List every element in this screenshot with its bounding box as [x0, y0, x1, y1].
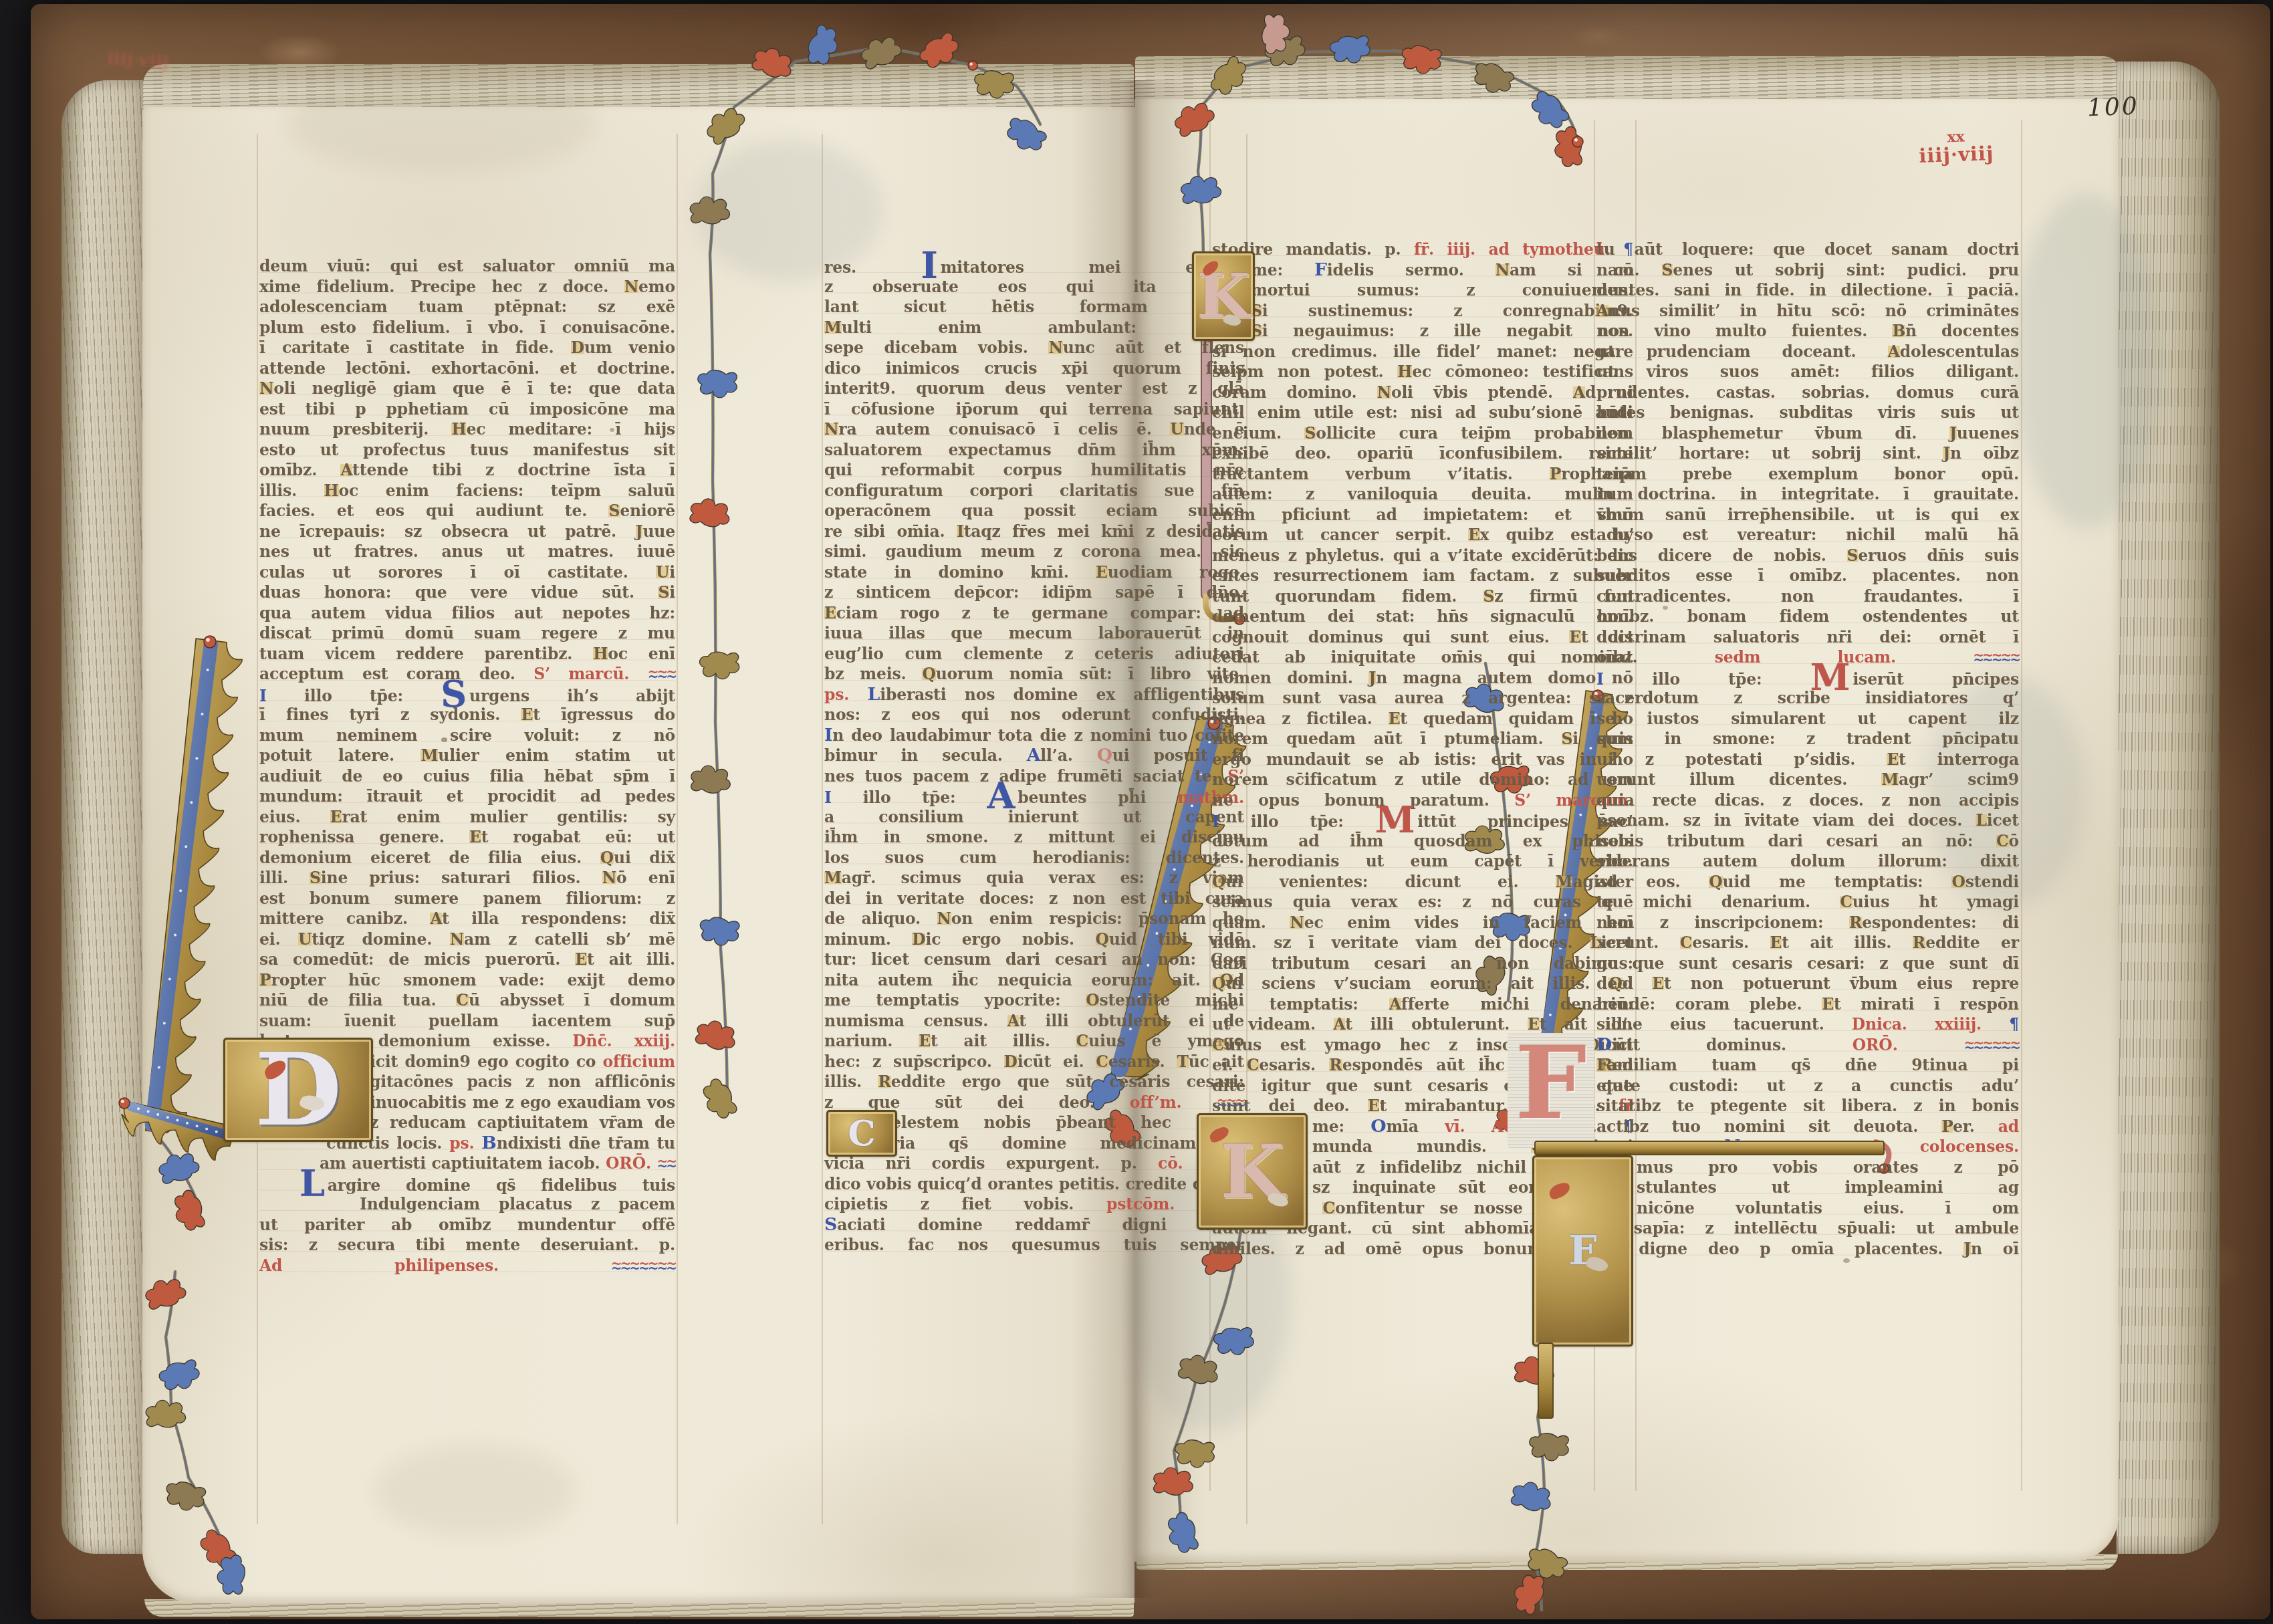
manuscript-text-line: p̄sonam. sz in īvitate viam dei doces. L… — [1596, 810, 2019, 831]
manuscript-text-line: ni sapīa: z intellēctu sp̄uali: ut ambul… — [1596, 1218, 2019, 1239]
manuscript-text-line: cedat ab iniquitate om̄is qui nominat — [1212, 647, 1633, 668]
manuscript-text-line: mittere canibz. At illa respondens: dix̄ — [259, 909, 675, 929]
manuscript-text-line: simi. gaudium meum z corona mea. sic — [824, 542, 1244, 562]
manuscript-text-line: est tibi p pphetiam cū imposicōne ma — [259, 399, 675, 420]
manuscript-text-line: etate custodi: ut z a cunctis adu’ — [1596, 1076, 2019, 1096]
manuscript-text-line: facies. et eos qui audiunt te. Seniorē — [259, 501, 675, 521]
manuscript-text-line: culas ut sorores ī oī castitate. Ui — [259, 562, 675, 583]
manuscript-text-line: Qui venientes: dicunt ei. Magister — [1212, 872, 1633, 893]
manuscript-text-line: me temptatis: Afferte michi denariū: — [1212, 994, 1633, 1015]
manuscript-text-line: ī caritate ī castitate in fide. Dum veni… — [259, 338, 675, 358]
manuscript-text-line: res. Imitatores mei estote: — [824, 256, 1244, 277]
quire-signature: xx iiij·viij — [1918, 127, 1994, 164]
manuscript-text-line: deo. Et non potuerunt v̄bum eius repre — [1596, 973, 2019, 994]
manuscript-text-line: omībz. Attende tibi z doctrine īsta ī — [259, 460, 675, 481]
manuscript-text-line: teip̄m prebe exemplum bonor opū. — [1596, 464, 2019, 485]
manuscript-text-line: contradicentes. non fraudantes. ī — [1596, 586, 2019, 607]
manuscript-text-line: nes tuos pacem z adipe frumēti saciat te… — [824, 766, 1244, 787]
manuscript-text-line: nos: z eos qui nos oderunt confudisti. — [824, 705, 1244, 725]
manuscript-text-line: stodire mandatis. p. fr̄. iiij. ad tymot… — [1212, 239, 1633, 260]
manuscript-text-line: a consilium inierunt ut capent — [824, 807, 1244, 828]
initial-letter: F — [1516, 1033, 1587, 1133]
manuscript-text-line: illi. Sine prius: saturari filios. Nō en… — [259, 868, 675, 889]
manuscript-text-line: siderans autem dolum illorum: dixit — [1596, 851, 2019, 872]
manuscript-text-line: num. sz ī veritate viam dei doces. Licet — [1212, 933, 1633, 953]
initial-F-descender — [1538, 1343, 1554, 1419]
manuscript-text-line: v̄bum sanū irrep̄hensibile. ut is qui ex — [1596, 505, 2019, 526]
manuscript-text-line: Noli negligē giam que ē ī te: que data — [259, 378, 675, 399]
manuscript-text-line: dentes. sani in fide. in dilectione. ī p… — [1596, 280, 2019, 301]
manuscript-text-line: Propter hūc smonem vade: exijt demo — [259, 970, 675, 991]
manuscript-text-line: adu’so est vereatur: nichil malū hā — [1596, 525, 2019, 546]
manuscript-text-line: tunt quorundam fidem. Sz firmū fun — [1212, 586, 1633, 607]
manuscript-text-line: state in domino km̄i. Euodiam rogo. — [824, 562, 1244, 583]
manuscript-text-line: qui reformabit corpus humilitatis nr̄e — [824, 460, 1244, 481]
manuscript-text-line: bz meis. Quorum nomīa sūt: ī libro vite. — [824, 664, 1244, 685]
manuscript-text-line: seip̄m non potest. Hec cōmoneo: testific… — [1212, 362, 1633, 382]
manuscript-text-line: illis. Reddite ergo que sūt cesaris cesa… — [824, 1072, 1244, 1092]
manuscript-text-line: sacerdotum z scribe insidiatores q’ — [1596, 688, 2019, 709]
manuscript-text-line: ih̄m in smone. z mittunt ei discipu — [824, 827, 1244, 848]
manuscript-text-line: tur: licet censum dari cesari an non: Co… — [824, 949, 1244, 970]
manuscript-text-line: lignea z fictilea. Et quedam quidam ī ho — [1212, 709, 1633, 729]
manuscript-text-line: dari tributum cesari an non dabimus: — [1212, 953, 1633, 974]
manuscript-text-line: encium. Sollicite cura teip̄m probabilem — [1212, 423, 1633, 444]
manuscript-text-line: nem z inscripcionem: Respondentes: di — [1596, 913, 2019, 933]
manuscript-text-line: illis. Hoc enim faciens: teīpm saluū — [259, 481, 675, 501]
manuscript-text-line: eug’lio cum clemente z ceteris adiutori — [824, 644, 1244, 665]
manuscript-text-line: nomen domini. Jn magna autem domo nō — [1212, 668, 1633, 689]
manuscript-text-line: dotum ad ih̄m quosdam ex phiseis — [1212, 831, 1633, 852]
manuscript-text-line: bimur in secula. All’a. Qui posuit fi — [824, 745, 1244, 766]
manuscript-text-line: norem quedam aūt ī ptumeliam. Si quis — [1212, 729, 1633, 749]
manuscript-text-line: oībz. sedm lucam. ~~~~~ — [1596, 647, 2019, 668]
manuscript-text-line: minum. Dic ergo nobis. Quid tibi vidē — [824, 929, 1244, 950]
manuscript-text-line: xerunt. Cesaris. Et ait illis. Reddite e… — [1596, 933, 2019, 953]
manuscript-text-line: Si negauimus: z ille negabit nos. — [1212, 321, 1633, 342]
manuscript-text-line: hec: z sup̄scripco. Dicūt ei. Cesaris. T… — [824, 1052, 1244, 1072]
manuscript-text-line: lant sicut hētis formam nr̄am. — [824, 297, 1244, 318]
manuscript-text-line: operacōnem qua possit eciam subicē — [824, 501, 1244, 521]
page-stack-edge-top-left — [143, 64, 1134, 112]
manuscript-text-line: iuua illas que mecum laborauerūt in — [824, 623, 1244, 644]
page-stack-edge-top-right — [1135, 56, 2121, 103]
manuscript-text-line: deum viuū: qui est saluator omniū ma — [259, 256, 675, 277]
manuscript-text-line: bens dicere de nobis. Seruos dn̄is suis — [1596, 546, 2019, 566]
page-stack-edge-left — [62, 80, 146, 1554]
illuminated-initial-F-rose: F — [1508, 1033, 1594, 1148]
manuscript-text-line: nuum presbiterij. Hec meditare: ī hijs — [259, 419, 675, 440]
manuscript-text-line: entes resurrectionem iam factam. z subue… — [1212, 566, 1633, 586]
manuscript-text-line: Qui sciens v’suciam eorum: ait illis. Qd — [1212, 973, 1633, 994]
illuminated-initial-D: D — [223, 1038, 373, 1142]
manuscript-text-line: hn̄tes benignas. subditas viris suis ut — [1596, 402, 2019, 423]
manuscript-text-line: se iustos simularent ut capent ilz — [1596, 709, 2019, 729]
illuminated-initial-K: K — [1192, 251, 1255, 341]
manuscript-text-line: me: Fidelis sermo. Nam si cō — [1212, 260, 1633, 281]
manuscript-text-line: interit9. quorum deus venter est z glā — [824, 378, 1244, 399]
ruling-line — [257, 134, 258, 1524]
manuscript-text-line: quam. Nec enim vides in faciem hoī — [1212, 913, 1633, 933]
manuscript-text-line: go que sunt cesaris cesari: z que sunt d… — [1596, 953, 2019, 974]
manuscript-text-line: numisma census. At illi obtulerūt ei de — [824, 1011, 1244, 1032]
manuscript-text-line: xime fidelium. Precipe hec z doce. Nemo — [259, 277, 675, 298]
manuscript-text-line: dico inimicos crucis xp̄i quorum finis — [824, 358, 1244, 379]
manuscript-text-line: ut viros suos amēt: filios diligant. — [1596, 362, 2019, 382]
text-column-right-2: tu aūt loquere: que docet sanam doctrina… — [1596, 239, 2019, 1259]
manuscript-text-line: z sinticem dep̄cor: idip̄m sapē ī dn̄o. — [824, 582, 1244, 603]
manuscript-text-line: me temptatis ypocrite: Ostendite michi — [824, 990, 1244, 1011]
manuscript-text-line: cipietis z fiet vobis. pstcōm. ~~~~ — [824, 1194, 1244, 1215]
manuscript-text-line: sione eius tacuerunt. Dnica. xxiiij. ¶ — [1596, 1014, 2019, 1035]
manuscript-text-line: mortui sumus: z conuiuemus. — [1212, 280, 1633, 301]
manuscript-text-line: sitatibz te ptegente sit libera. z in bo… — [1596, 1096, 2019, 1117]
manuscript-text-line: ui z potestati p’sidis. Et interroga — [1596, 749, 2019, 770]
manuscript-text-line: z herodianis ut eum capēt ī verbo. — [1212, 851, 1633, 872]
manuscript-text-line: esto ut profectus tuus manifestus sit — [259, 440, 675, 461]
manuscript-text-line: Familiam tuam qs̄ dn̄e 9tinua pi — [1596, 1055, 2019, 1076]
manuscript-text-line: prudentes. castas. sobrias. domus curā — [1596, 382, 2019, 403]
manuscript-text-line: quia recte dicas. z doces. z non accipis — [1596, 790, 2019, 811]
manuscript-text-line: sis: z secura tibi mente deseruiant. p. — [259, 1235, 675, 1256]
ruling-line — [677, 134, 678, 1524]
illuminated-initial-C: C — [826, 1110, 897, 1157]
manuscript-text-line: eribus. fac nos quesumus tuis semper — [824, 1235, 1244, 1256]
manuscript-text-line: ne īcrepauis: sz obsecra ut patrē. Juue — [259, 521, 675, 542]
manuscript-text-line: Magr̄. scimus quia verax es: z viam — [824, 868, 1244, 889]
manuscript-text-line: dei in veritate doces: z non est tibi cu… — [824, 889, 1244, 909]
manuscript-text-line: Eciam rogo z te germane compar: ad — [824, 603, 1244, 624]
manuscript-text-line: audiuit de eo cuius filia hēbat sp̄m ī — [259, 766, 675, 787]
manuscript-text-line: Si sustinemus: z conregnabim9. — [1212, 301, 1633, 322]
manuscript-text-line: tractantem verbum v’itatis. Prophana — [1212, 464, 1633, 485]
initial-F-top-arm — [1534, 1141, 1885, 1155]
manuscript-text-line: chil enim utile est: nisi ad subu’sionē … — [1212, 402, 1633, 423]
manuscript-text-line: Ad philipenses. ~~~~~~~ — [259, 1256, 675, 1276]
manuscript-text-line: est bonum sumere panem filiorum: z — [259, 889, 675, 909]
ruling-line — [822, 134, 823, 1524]
manuscript-text-line: solum sunt vasa aurea z argentea: sz z — [1212, 688, 1633, 709]
initial-letter: D — [255, 1031, 342, 1149]
quire-mark-offset-ghost: iiij·viij — [106, 49, 169, 73]
manuscript-text-line: Largire domine qs̄ fidelibus tuis — [259, 1174, 675, 1195]
manuscript-text-line: cognouit dominus qui sunt eius. Et dis — [1212, 627, 1633, 648]
manuscript-text-line: configuratum corpori claritatis sue fm̄ — [824, 481, 1244, 501]
manuscript-text-line: ī fines tyri z sydonis. Et īgressus do — [259, 705, 675, 725]
manuscript-text-line: saluatorem expectamus dn̄m ih̄m xp̄m: — [824, 440, 1244, 461]
manuscript-text-line: discat primū domū suam regere z mu — [259, 623, 675, 644]
manuscript-text-line: I illo tp̄e: Abeuntes ph̄i mathm. — [824, 786, 1244, 807]
manuscript-text-line: ut pariter ab omībz mundentur offē — [259, 1215, 675, 1236]
manuscript-text-line: Nra autem conuisacō ī celis ē. Unde ē — [824, 419, 1244, 440]
manuscript-text-line: re sibi om̄ia. Itaqz fr̄es mei km̄i z de… — [824, 521, 1244, 542]
manuscript-text-line: eorum ut cancer serpit. Ex quibz est hy — [1212, 525, 1633, 546]
manuscript-text-line: z obseruate eos qui ita ambu — [824, 277, 1244, 298]
manuscript-text-line: norem sc̄ificatum z utile domino: ad om — [1212, 770, 1633, 790]
illuminated-initial-F-gold: F — [1532, 1155, 1633, 1347]
manuscript-text-line: Dicit dominus. ORŌ. ~~~~~~ — [1596, 1035, 2019, 1056]
manuscript-text-line: I illo tp̄e: Surgens ih’s abijt — [259, 685, 675, 705]
manuscript-text-line: plum esto fidelium. ī vbo. ī conuisacōne… — [259, 318, 675, 338]
leaf-ornament-icon — [1548, 1181, 1572, 1201]
text-column-left-2: res. Imitatores mei estote:z obseruate e… — [824, 256, 1244, 1256]
manuscript-text-line: adolescenciam tuam ptēpnat: sz exē — [259, 297, 675, 318]
manuscript-text-line: suam: īuenit puellam iacentem sup̄ — [259, 1011, 675, 1032]
manuscript-text-line: non vino multo fuientes. Bn̄ docentes — [1596, 321, 2019, 342]
manuscript-text-line: nes ut fratres. anus ut matres. iuuē — [259, 542, 675, 562]
manuscript-photo: iiij·viij deum viuū: qui est saluator om… — [0, 0, 2273, 1624]
manuscript-text-line: actibz tuo nomini sit deuota. Per. ad — [1596, 1117, 2019, 1137]
quire-signature-bottom: iiij·viij — [1919, 144, 1994, 164]
manuscript-text-line: I illo tp̄e: Mittūt principes sac’ — [1212, 810, 1633, 831]
manuscript-text-line: non blasphemetur v̄bum dī. Juuenes — [1596, 423, 2019, 444]
manuscript-text-line: acceptum est coram deo. S’ marcū. ~~~ — [259, 664, 675, 685]
manuscript-text-line: sum in smone: z tradent pn̄cipatu — [1596, 729, 2019, 749]
manuscript-text-line: uerunt illum dicentes. Magr’ scim9 — [1596, 770, 2019, 790]
manuscript-text-line: Multi enim ambulant: quos — [824, 318, 1244, 338]
manuscript-text-line: omībz. bonam fidem ostendentes ut — [1596, 606, 2019, 627]
ruling-line — [2021, 120, 2022, 1491]
manuscript-text-line: ei. Utiqz domine. Nam z catelli sb’ mē — [259, 929, 675, 950]
manuscript-text-line: mum neminem scire voluit: z nō — [259, 725, 675, 746]
manuscript-text-line: rophenissa genere. Et rogabat eū: ut — [259, 827, 675, 848]
manuscript-text-line: narium. Et ait illis. Cuius ē ymago — [824, 1031, 1244, 1052]
manuscript-text-line: mundum: ītrauit et procidit ad pedes — [259, 786, 675, 807]
manuscript-text-line: mus pro vobis orantes z pō — [1596, 1157, 2019, 1178]
manuscript-text-line: in doctrina. in integritate. ī grauitate… — [1596, 484, 2019, 505]
manuscript-text-line: nicōne voluntatis eius. ī om — [1596, 1198, 2019, 1219]
manuscript-text-line: ergo mundauit se ab istis: erit vas in h… — [1212, 749, 1633, 770]
manuscript-text-line: ut prudenciam doceant. Adolescentulas — [1596, 342, 2019, 362]
initial-letter: C — [848, 1113, 875, 1154]
manuscript-text-line: tu aūt loquere: que docet sanam doctri — [1596, 239, 2019, 260]
manuscript-text-line: sepe dicebam vobis. Nunc aūt et flens — [824, 338, 1244, 358]
manuscript-text-line: attende lectōni. exhortacōni. et doctrin… — [259, 358, 675, 379]
manuscript-text-line: Anus similit’ in hītu scō: nō criminātes — [1596, 301, 2019, 322]
manuscript-text-line: hendē: coram plebe. Et mirati ī respōn — [1596, 994, 2019, 1015]
manuscript-text-line: tis digne deo p omīa placentes. Jn oī — [1596, 1239, 2019, 1260]
manuscript-text-line: Saciati domine reddamr̄ digni munī — [824, 1215, 1244, 1236]
manuscript-text-line: exhibē deo. opariū īconfusibilem. recte — [1212, 443, 1633, 464]
manuscript-text-line: nita autem ih̄c nequicia eorum: ait. Qd — [824, 970, 1244, 991]
manuscript-text-line: si non credimus. ille fidel’ manet: nega… — [1212, 342, 1633, 362]
manuscript-text-line: tuam vicem reddere parentibz. Hoc enī — [259, 644, 675, 665]
manuscript-text-line: In deo laudabimur tota die z nomini tuo … — [824, 725, 1244, 746]
manuscript-text-line: subditos esse ī omībz. placentes. non — [1596, 566, 2019, 586]
manuscript-text-line: scimus quia verax es: z nō curas quē — [1212, 892, 1633, 913]
manuscript-text-line: similit’ hortare: ut sobrij sint. Jn oīb… — [1596, 443, 2019, 464]
manuscript-text-line: enim pficiunt ad impietatem: et smō — [1212, 505, 1633, 526]
page-stack-edge-right — [2117, 62, 2220, 1554]
manuscript-text-line: autem: z vaniloquia deuita. multum — [1212, 484, 1633, 505]
manuscript-text-line: ne opus bonum paratum. S’ marcum. — [1212, 790, 1633, 811]
manuscript-text-line: sa comedūt: de micis puerorū. Et ait ill… — [259, 949, 675, 970]
manuscript-text-line: ps. Liberasti nos domine ex affligentibu… — [824, 685, 1244, 705]
manuscript-text-line: doctrinam saluatoris nr̄i dei: ornēt ī — [1596, 627, 2019, 648]
manuscript-text-line: qua autem vidua filios aut nepotes hz: — [259, 603, 675, 624]
manuscript-text-line: ad eos. Quid me temptatis: Ostendi — [1596, 872, 2019, 893]
folio-number: 100 — [2086, 93, 2139, 122]
manuscript-text-line: eius. Erat enim mulier gentilis: sy — [259, 807, 675, 828]
manuscript-text-line: potuit latere. Mulier enim statim ut — [259, 745, 675, 766]
manuscript-text-line: te michi denarium. Cuius ht ymagi — [1596, 892, 2019, 913]
manuscript-text-line: damentum dei stat: hn̄s signaculū hoc. — [1212, 606, 1633, 627]
manuscript-text-line: stulantes ut impleamini ag — [1596, 1177, 2019, 1198]
manuscript-text-line: ī cōfusione ip̄orum qui terrena sapiunt. — [824, 399, 1244, 420]
manuscript-text-line: dico vobis quicq’d orantes petitis. cred… — [824, 1174, 1244, 1195]
manuscript-text-line: meneus z phyletus. qui a v’itate excidēr… — [1212, 546, 1633, 566]
manuscript-text-line: de aliquo. Non enim respicis: p̄sonam ho — [824, 909, 1244, 929]
manuscript-text-line: coram domino. Noli v̄bis ptendē. Ad ni — [1212, 382, 1633, 403]
manuscript-text-line: los suos cum herodianis: dicentes. — [824, 848, 1244, 868]
manuscript-text-line: niū de filia tua. Cū abysset ī domum — [259, 990, 675, 1011]
manuscript-text-line: I illo tp̄e: Miserūt pn̄cipes — [1596, 668, 2019, 689]
manuscript-text-line: nobis tributum dari cesari an nō: Cō — [1596, 831, 2019, 852]
manuscript-text-line: duas honora: que vere vidue sūt. Si — [259, 582, 675, 603]
manuscript-text-line: nam. Senes ut sobrij sint: pudici. pru — [1596, 260, 2019, 281]
illuminated-initial-K: K — [1197, 1113, 1308, 1230]
manuscript-text-line: demonium eiceret de filia eius. Qui dix̄ — [259, 848, 675, 868]
